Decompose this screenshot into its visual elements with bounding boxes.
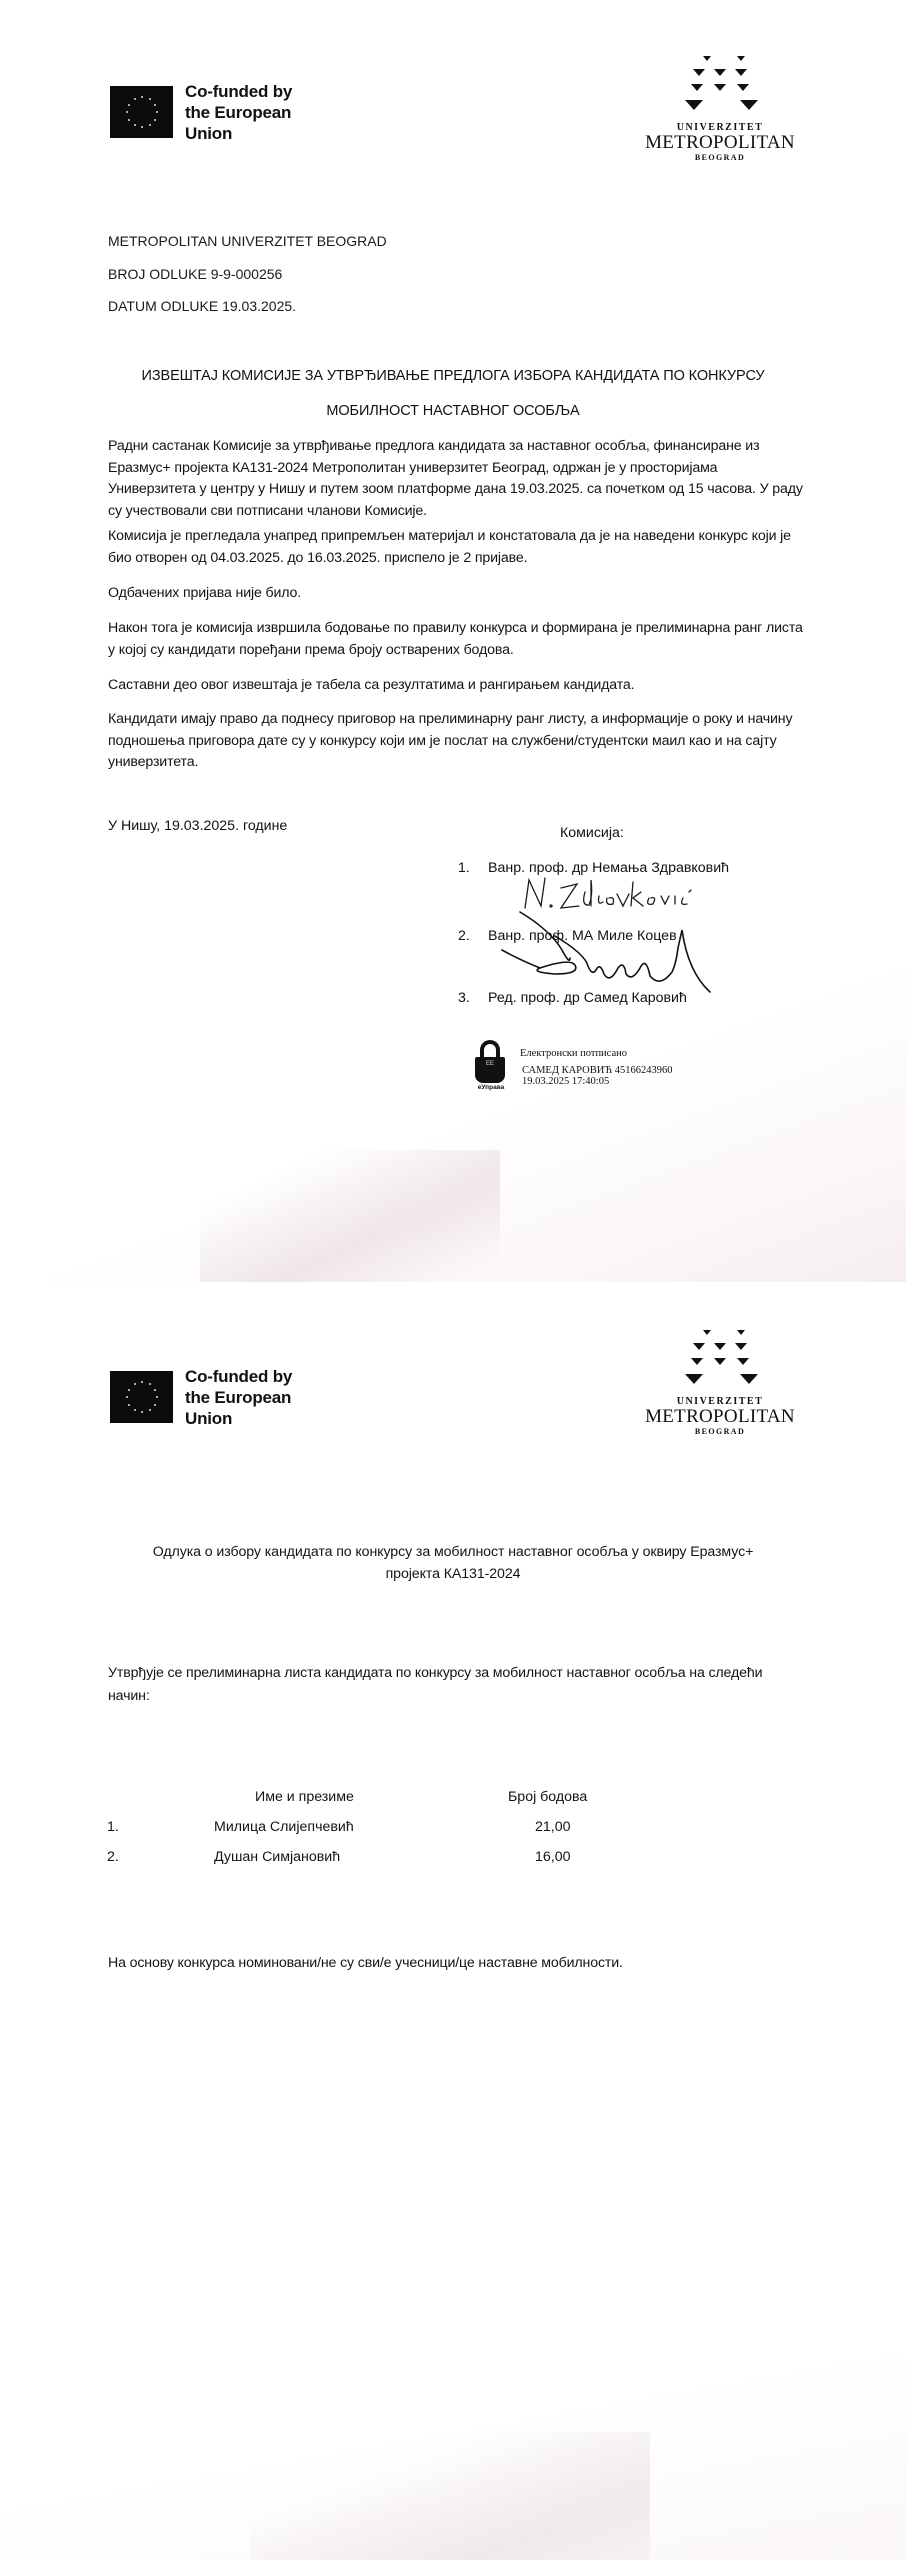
eu-logo-text: Co-funded by the European Union bbox=[185, 81, 340, 144]
eu-logo-text: Co-funded by the European Union bbox=[185, 1366, 340, 1429]
intro-line2: начин: bbox=[108, 1686, 808, 1708]
decision-title-line2: пројекта КА131-2024 bbox=[0, 1564, 906, 1585]
member-name: Ред. проф. др Самед Каровић bbox=[488, 990, 687, 1006]
eu-logo-line2: the European Union bbox=[185, 102, 340, 144]
intro-line1: Утврђује се прелиминарна листа кандидата… bbox=[108, 1663, 808, 1685]
member-name: Ванр. проф. др Немања Здравковић bbox=[488, 860, 729, 876]
logo-beograd: BEOGRAD bbox=[645, 153, 795, 162]
commission-member-2: 2. Ванр. проф. МА Миле Коцев bbox=[458, 928, 677, 944]
logo-metropolitan: METROPOLITAN bbox=[645, 1407, 795, 1427]
paragraph-appeal: Кандидати имају право да поднесу пригово… bbox=[108, 709, 808, 774]
chevrons-logo-icon bbox=[645, 1326, 795, 1394]
eu-logo-line1: Co-funded by bbox=[185, 81, 340, 102]
document-page-2: Co-funded by the European Union UNIVERZI… bbox=[0, 1282, 906, 2560]
closing-statement: На основу конкурса номиновани/не су сви/… bbox=[108, 1953, 808, 1975]
decision-title: Одлука о избору кандидата по конкурсу за… bbox=[0, 1542, 906, 1563]
university-logo: UNIVERZITET METROPOLITAN BEOGRAD bbox=[645, 52, 795, 167]
column-name: Име и презиме bbox=[255, 1789, 354, 1805]
member-number: 3. bbox=[458, 990, 488, 1006]
place-and-date: У Нишу, 19.03.2025. године bbox=[108, 818, 287, 834]
eu-logo-line1: Co-funded by bbox=[185, 1366, 340, 1387]
university-logo: UNIVERZITET METROPOLITAN BEOGRAD bbox=[645, 1326, 795, 1441]
member-name: Ванр. проф. МА Миле Коцев bbox=[488, 928, 677, 944]
eu-logo-line2: the European Union bbox=[185, 1387, 340, 1429]
row-points: 16,00 bbox=[535, 1849, 571, 1865]
document-page-1: Co-funded by the European Union UNIVERZI… bbox=[0, 0, 906, 1282]
paragraph-rejected: Одбачених пријава није било. bbox=[108, 583, 808, 605]
report-title: ИЗВЕШТАЈ КОМИСИЈЕ ЗА УТВРЂИВАЊЕ ПРЕДЛОГА… bbox=[0, 368, 906, 384]
commission-member-3: 3. Ред. проф. др Самед Каровић bbox=[458, 990, 687, 1006]
eu-cofunded-logo: Co-funded by the European Union bbox=[110, 82, 340, 142]
member-number: 1. bbox=[458, 860, 488, 876]
eu-cofunded-logo: Co-funded by the European Union bbox=[110, 1367, 340, 1427]
paragraph-meeting: Радни састанак Комисије за утврђивање пр… bbox=[108, 436, 808, 522]
row-rank: 1. bbox=[107, 1819, 119, 1835]
logo-metropolitan: METROPOLITAN bbox=[645, 133, 795, 153]
paragraph-scoring: Након тога је комисија извршила бодовање… bbox=[108, 618, 808, 661]
commission-label: Комисија: bbox=[560, 825, 624, 841]
decision-number: BROJ ODLUKE 9-9-000256 bbox=[108, 266, 282, 282]
eu-flag-icon bbox=[110, 1371, 173, 1423]
row-name: Душан Симјановић bbox=[214, 1849, 340, 1865]
scan-shadow bbox=[250, 2432, 650, 2560]
paragraph-table-note: Саставни део овог извештаја је табела са… bbox=[108, 675, 808, 697]
paragraph-applications: Комисија је прегледала унапред припремље… bbox=[108, 526, 808, 569]
lock-code: ЕЕ bbox=[475, 1057, 505, 1083]
row-rank: 2. bbox=[107, 1849, 119, 1865]
electronic-signature: ЕЕ eУправа Електронски потписано САМЕД К… bbox=[474, 1040, 714, 1100]
eu-flag-icon bbox=[110, 86, 173, 138]
signature-zdravkovic-icon bbox=[515, 872, 705, 917]
row-name: Милица Слијепчевић bbox=[214, 1819, 354, 1835]
commission-member-1: 1. Ванр. проф. др Немања Здравковић bbox=[458, 860, 729, 876]
row-points: 21,00 bbox=[535, 1819, 571, 1835]
institution-name: METROPOLITAN UNIVERZITET BEOGRAD bbox=[108, 233, 387, 249]
scan-shadow bbox=[200, 1150, 500, 1282]
esign-title: Електронски потписано bbox=[520, 1048, 627, 1059]
column-points: Број бодова bbox=[508, 1789, 587, 1805]
esign-timestamp: 19.03.2025 17:40:05 bbox=[522, 1076, 609, 1087]
member-number: 2. bbox=[458, 928, 488, 944]
decision-date: DATUM ODLUKE 19.03.2025. bbox=[108, 298, 296, 314]
chevrons-logo-icon bbox=[645, 52, 795, 120]
euprava-label: eУправа bbox=[471, 1084, 511, 1091]
report-subtitle: МОБИЛНОСТ НАСТАВНОГ ОСОБЉА bbox=[0, 403, 906, 419]
logo-beograd: BEOGRAD bbox=[645, 1427, 795, 1436]
esign-signer: САМЕД КАРОВИЋ 45166243960 bbox=[522, 1066, 672, 1076]
padlock-icon: ЕЕ eУправа bbox=[474, 1040, 508, 1094]
